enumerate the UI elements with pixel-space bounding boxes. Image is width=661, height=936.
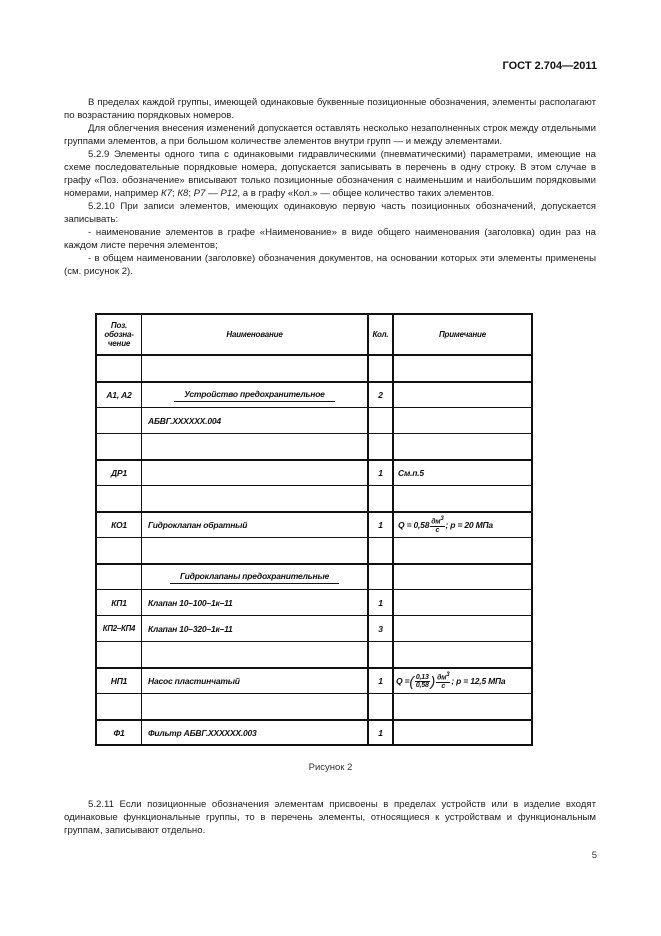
- cell-note: [394, 590, 531, 615]
- unit-fraction: дм3с: [430, 516, 444, 533]
- paragraph-ordering: В пределах каждой группы, имеющей одинак…: [64, 96, 596, 122]
- cell-note: [394, 356, 531, 381]
- cell-name: [142, 694, 369, 719]
- paragraph-5-2-9: 5.2.9 Элементы одного типа с одинаковыми…: [64, 148, 596, 200]
- cell-qty: 1: [369, 461, 394, 485]
- table-row: НП1 Насос пластинчатый 1 Q = ( 0,130,58 …: [97, 667, 531, 693]
- group-heading: Гидроклапаны предохранительные: [170, 571, 339, 584]
- column-header-position: Поз. обозна- чение: [97, 315, 142, 354]
- table-row: [97, 485, 531, 511]
- cell-name: АБВГ.ХХХХХХ.004: [142, 408, 369, 433]
- cell-name: [142, 538, 369, 563]
- elements-list-table: Поз. обозна- чение Наименование Кол. При…: [95, 313, 533, 746]
- table-row: [97, 354, 531, 381]
- cell-name: [142, 642, 369, 667]
- cell-pos: [97, 538, 142, 563]
- document-page: ГОСТ 2.704—2011 В пределах каждой группы…: [0, 0, 661, 936]
- intro-text-block: В пределах каждой группы, имеющей одинак…: [64, 96, 596, 278]
- table-row: Гидроклапаны предохранительные: [97, 563, 531, 589]
- table-row: КП2–КП4 Клапан 10–320–1к–11 3: [97, 615, 531, 641]
- cell-pos: НП1: [97, 669, 142, 693]
- cell-note: См.п.5: [394, 461, 531, 485]
- cell-note: [394, 616, 531, 641]
- cell-pos: КП1: [97, 590, 142, 615]
- cell-name: [142, 461, 369, 485]
- cell-qty: [369, 356, 394, 381]
- cell-pos: КО1: [97, 513, 142, 537]
- cell-qty: 1: [369, 513, 394, 537]
- cell-name: Фильтр АБВГ.ХХХХХХ.003: [142, 721, 369, 744]
- cell-qty: 1: [369, 669, 394, 693]
- cell-pos: Ф1: [97, 721, 142, 744]
- cell-note: [394, 408, 531, 433]
- cell-qty: [369, 642, 394, 667]
- cell-qty: 2: [369, 383, 394, 407]
- cell-pos: [97, 642, 142, 667]
- table-row: ДР1 1 См.п.5: [97, 459, 531, 485]
- list-item-common-name: - наименование элементов в графе «Наимен…: [64, 226, 596, 252]
- cell-name: Устройство предохранительное: [142, 383, 369, 407]
- cell-name: Клапан 10–100–1к–11: [142, 590, 369, 615]
- cell-qty: [369, 565, 394, 589]
- column-header-note: Примечание: [394, 315, 531, 354]
- cell-qty: 1: [369, 590, 394, 615]
- cell-note: [394, 383, 531, 407]
- table-row: [97, 537, 531, 563]
- figure-caption: Рисунок 2: [0, 762, 661, 773]
- cell-name: Гидроклапаны предохранительные: [142, 565, 369, 589]
- cell-qty: [369, 694, 394, 719]
- cell-note: [394, 694, 531, 719]
- cell-qty: 1: [369, 721, 394, 744]
- cell-note-formula: Q = 0,58 дм3с ; p = 20 МПа: [394, 513, 531, 537]
- table-header-row: Поз. обозна- чение Наименование Кол. При…: [97, 315, 531, 354]
- cell-pos: КП2–КП4: [97, 616, 142, 641]
- list-item-document-refs: - в общем наименовании (заголовке) обозн…: [64, 252, 596, 278]
- cell-note: [394, 642, 531, 667]
- ratio-fraction: 0,130,58: [415, 674, 430, 689]
- group-heading: Устройство предохранительное: [174, 389, 334, 402]
- paragraph-5-2-11: 5.2.11 Если позиционные обозначения элем…: [64, 798, 596, 837]
- cell-pos: [97, 434, 142, 459]
- cell-name: [142, 356, 369, 381]
- cell-pos: [97, 408, 142, 433]
- table-row: АБВГ.ХХХХХХ.004: [97, 407, 531, 433]
- paragraph-blank-rows: Для облегчения внесения изменений допуск…: [64, 122, 596, 148]
- cell-note: [394, 721, 531, 744]
- paragraph-5-2-10: 5.2.10 При записи элементов, имеющих оди…: [64, 200, 596, 226]
- cell-qty: [369, 486, 394, 511]
- table-row: Ф1 Фильтр АБВГ.ХХХХХХ.003 1: [97, 719, 531, 744]
- unit-fraction: дм3с: [436, 672, 450, 689]
- cell-note: [394, 538, 531, 563]
- cell-pos: [97, 486, 142, 511]
- close-paren: ): [431, 676, 435, 686]
- cell-qty: [369, 408, 394, 433]
- cell-pos: [97, 356, 142, 381]
- cell-qty: 3: [369, 616, 394, 641]
- open-paren: (: [409, 676, 413, 686]
- cell-qty: [369, 434, 394, 459]
- cell-name: Гидроклапан обратный: [142, 513, 369, 537]
- cell-qty: [369, 538, 394, 563]
- table-row: КО1 Гидроклапан обратный 1 Q = 0,58 дм3с…: [97, 511, 531, 537]
- cell-name: Клапан 10–320–1к–11: [142, 616, 369, 641]
- table-row: [97, 433, 531, 459]
- cell-note: [394, 434, 531, 459]
- cell-pos: А1, А2: [97, 383, 142, 407]
- cell-note: [394, 486, 531, 511]
- cell-name: Насос пластинчатый: [142, 669, 369, 693]
- column-header-name: Наименование: [142, 315, 369, 354]
- table-row: А1, А2 Устройство предохранительное 2: [97, 381, 531, 407]
- cell-name: [142, 486, 369, 511]
- table-row: КП1 Клапан 10–100–1к–11 1: [97, 589, 531, 615]
- column-header-qty: Кол.: [369, 315, 394, 354]
- table-row: [97, 641, 531, 667]
- cell-pos: ДР1: [97, 461, 142, 485]
- document-code-header: ГОСТ 2.704—2011: [503, 60, 597, 72]
- table-row: [97, 693, 531, 719]
- cell-pos: [97, 565, 142, 589]
- cell-name: [142, 434, 369, 459]
- cell-pos: [97, 694, 142, 719]
- page-number: 5: [592, 850, 597, 861]
- closing-text-block: 5.2.11 Если позиционные обозначения элем…: [64, 798, 596, 837]
- cell-note: [394, 565, 531, 589]
- cell-note-formula: Q = ( 0,130,58 ) дм3с ; p = 12,5 МПа: [394, 669, 531, 693]
